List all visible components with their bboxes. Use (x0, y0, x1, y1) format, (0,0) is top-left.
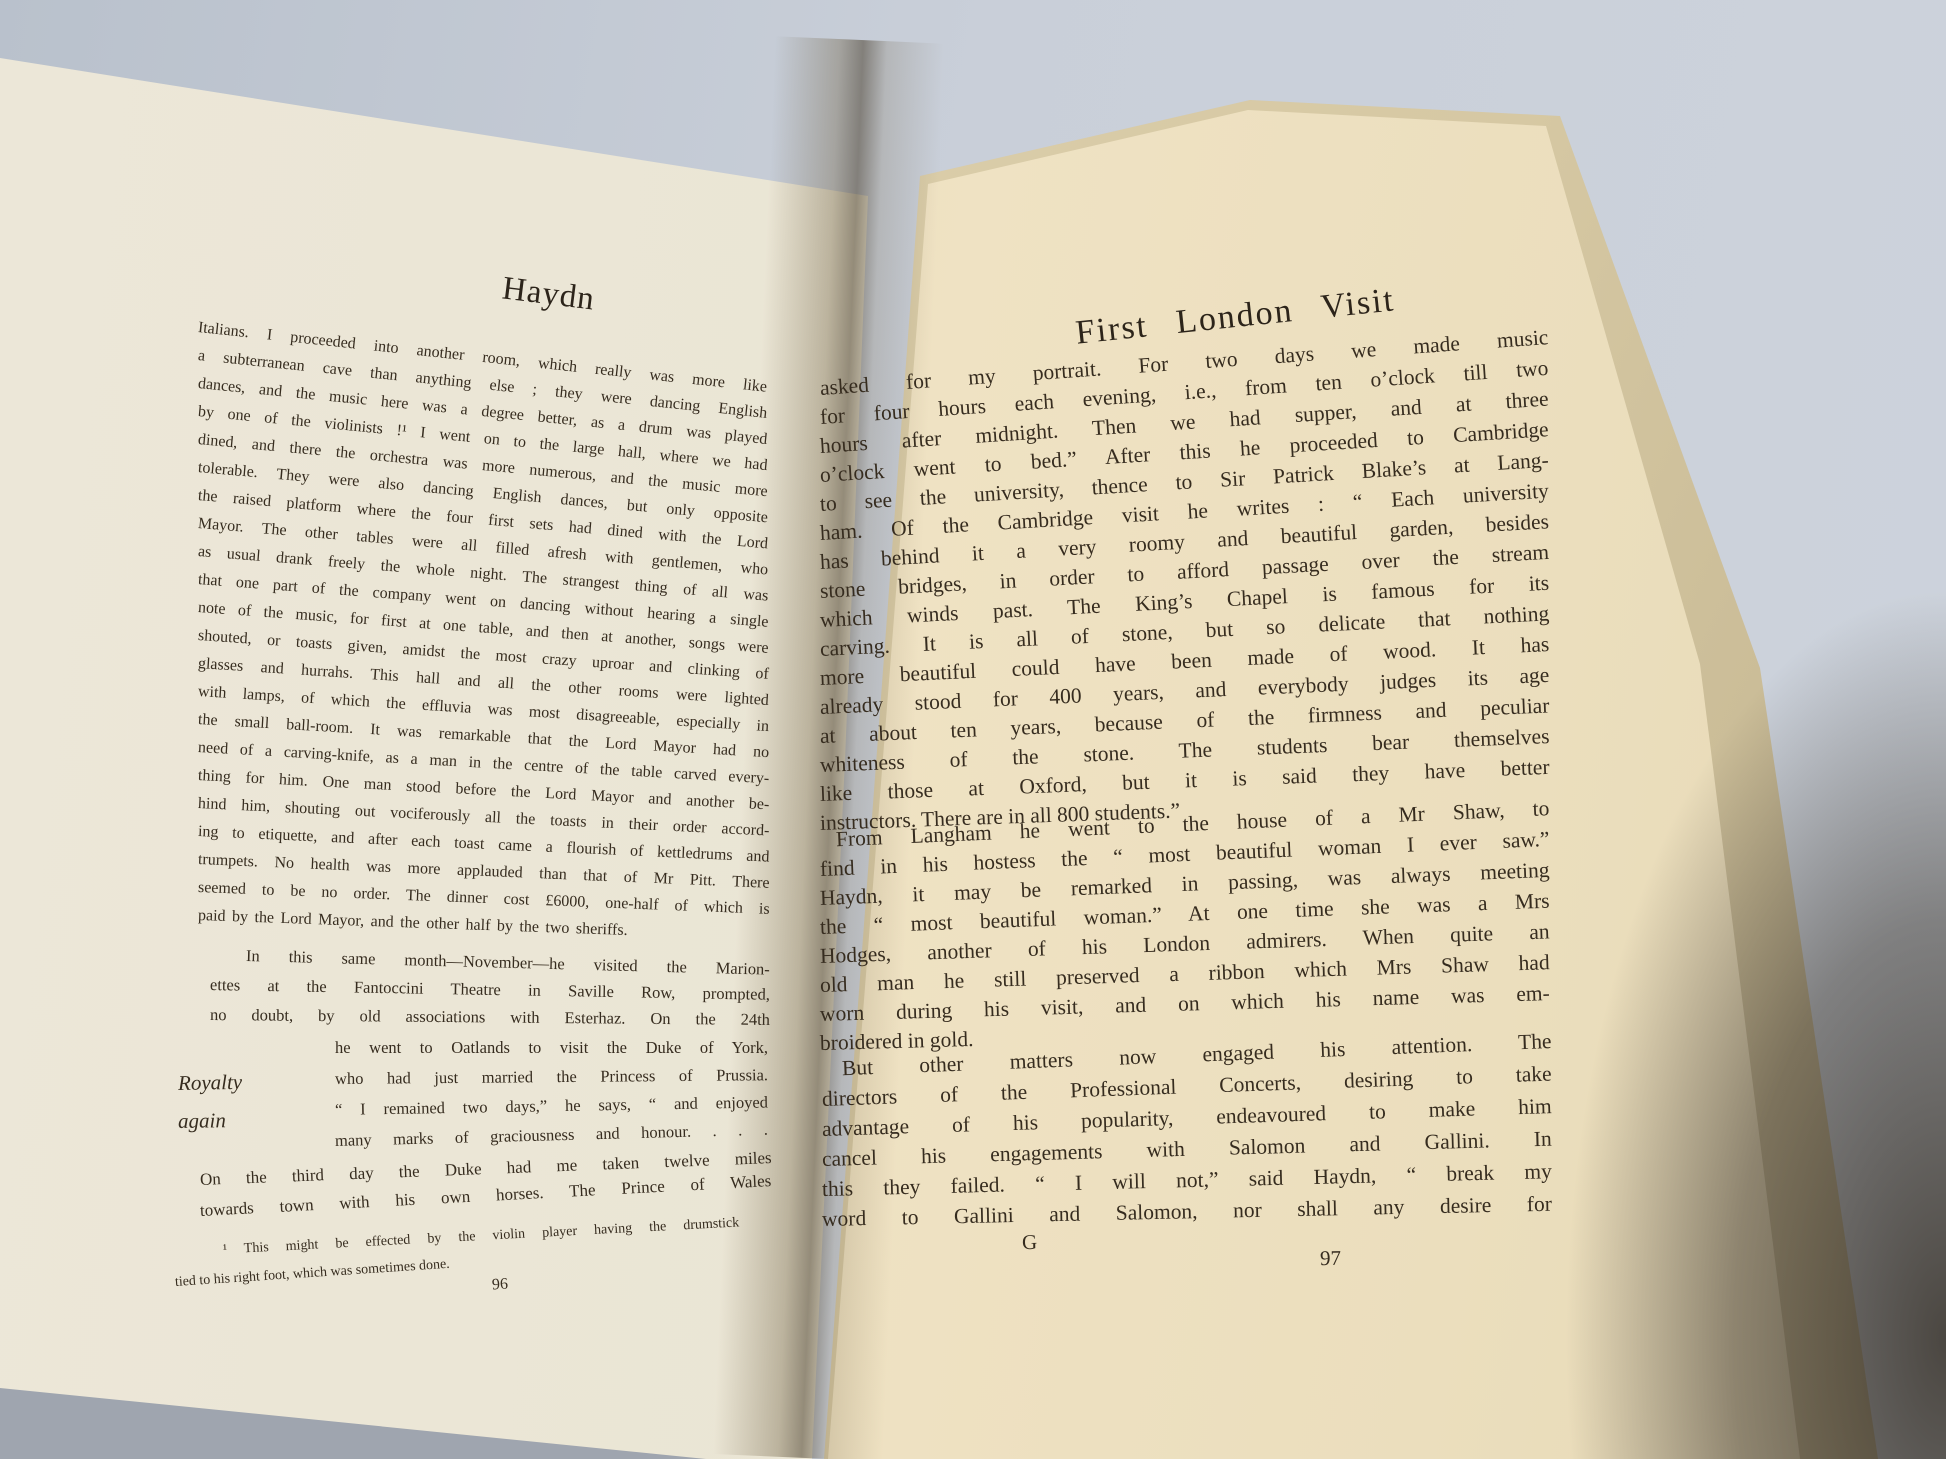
right-page-paragraph-1: asked for my portrait. For two days we m… (820, 374, 1550, 838)
text-line: again (178, 1100, 309, 1140)
left-page-margin-note: Royaltyagain (178, 1064, 308, 1140)
text-line: Royalty (178, 1062, 309, 1102)
text-line: no doubt, by old associations with Ester… (210, 1000, 770, 1035)
text-line: he went to Oatlands to visit the Duke of… (335, 1032, 768, 1063)
left-page-number: 96 (491, 1276, 508, 1295)
left-page-paragraph-1: Italians. I proceeded into another room,… (198, 314, 770, 930)
book-photo: Haydn Italians. I proceeded into another… (0, 0, 1946, 1459)
left-page-footnote: ¹ This might be effected by the violin p… (175, 1238, 740, 1298)
right-page-paragraph-3: But other matters now engaged his attent… (822, 1054, 1552, 1234)
corner-shadow (1516, 459, 1946, 1459)
right-page-paragraph-2: From Langham he went to the house of a M… (820, 826, 1550, 1058)
signature-mark: G (1022, 1230, 1038, 1255)
left-page-paragraph-2: In this same month—November—he visited t… (210, 940, 770, 1030)
right-page-number: 97 (1320, 1246, 1341, 1271)
left-page-indented-block: he went to Oatlands to visit the Duke of… (335, 1032, 768, 1156)
